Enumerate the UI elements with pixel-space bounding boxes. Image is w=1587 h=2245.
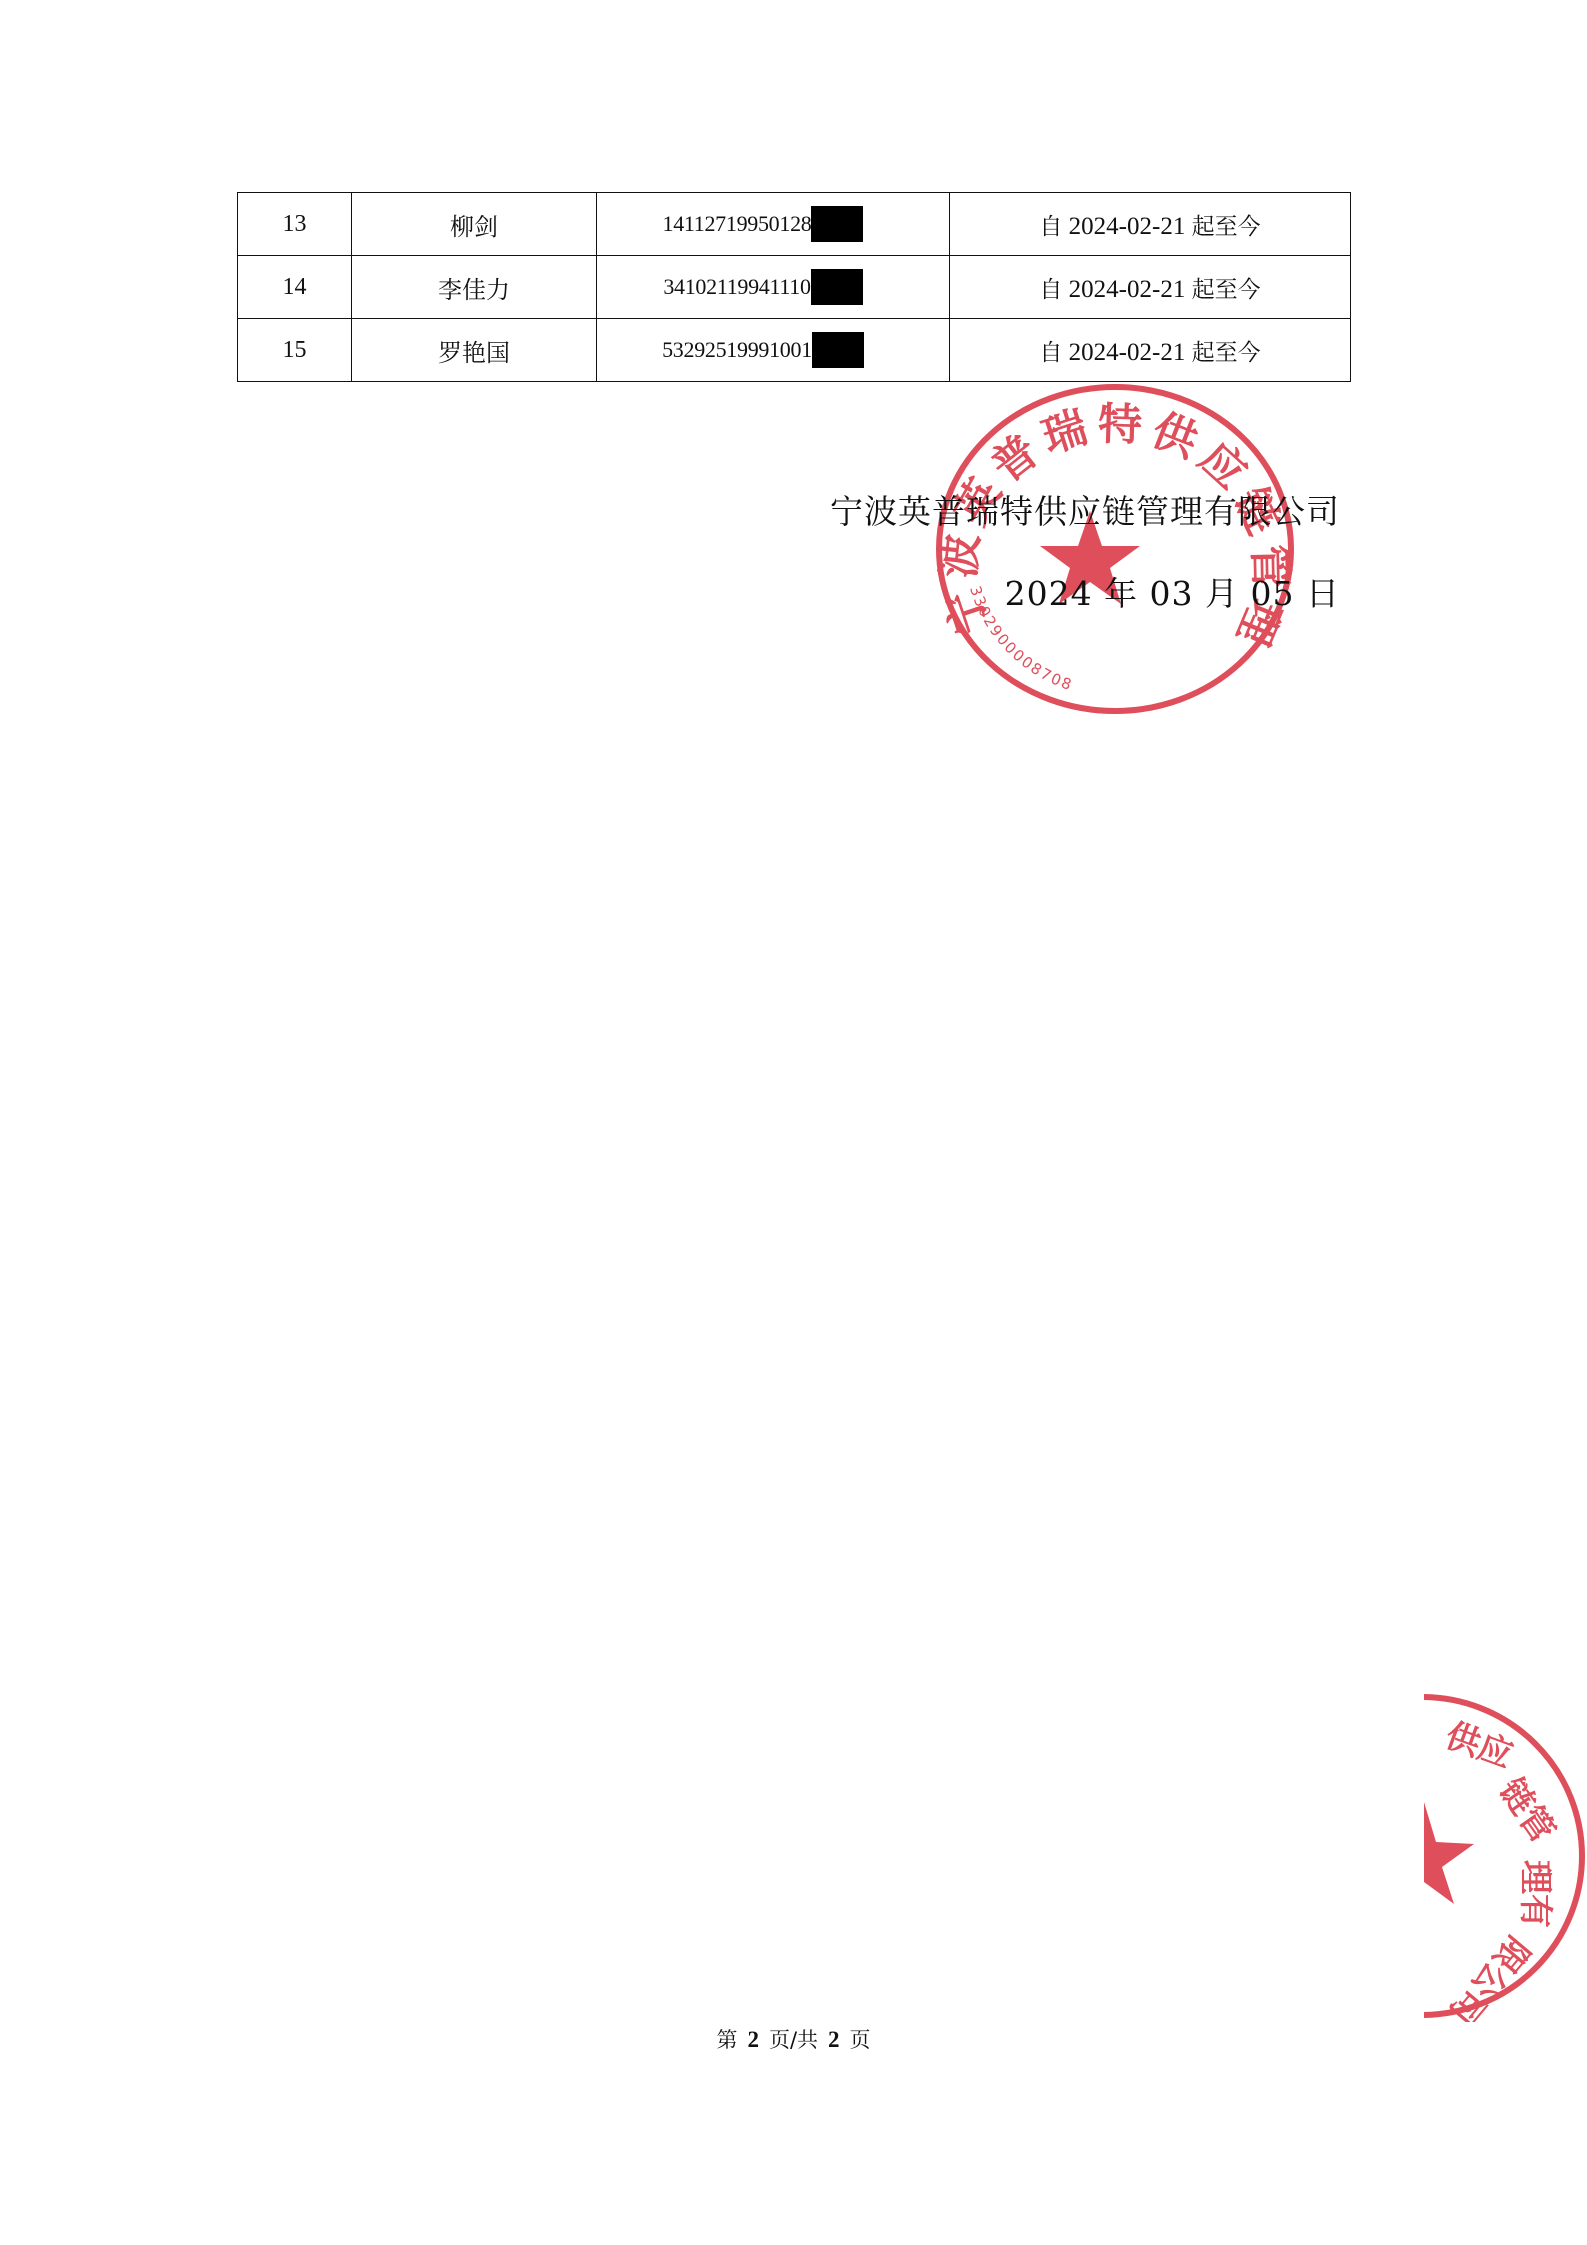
table-row: 14 李佳力 34102119941110 自 2024-02-21 起至今 <box>238 256 1351 319</box>
period-suffix: 起至今 <box>1192 277 1261 303</box>
employee-name: 柳剑 <box>352 193 597 256</box>
row-number: 14 <box>238 256 352 319</box>
svg-text:理有: 理有 <box>1515 1860 1555 1928</box>
period-date: 2024-02-21 <box>1069 213 1186 240</box>
id-number: 53292519991001 <box>662 337 812 363</box>
svg-text:供应: 供应 <box>1440 1715 1518 1776</box>
period-suffix: 起至今 <box>1192 340 1261 366</box>
table-row: 13 柳剑 14112719950128 自 2024-02-21 起至今 <box>238 193 1351 256</box>
id-number-cell: 14112719950128 <box>597 193 950 256</box>
current-page-number: 2 <box>747 2027 759 2052</box>
total-pages-number: 2 <box>828 2027 840 2052</box>
svg-text:限公司: 限公司 <box>1441 1928 1537 2022</box>
redaction-box <box>812 332 864 368</box>
row-number: 15 <box>238 319 352 382</box>
redaction-box <box>811 269 863 305</box>
employee-name: 罗艳国 <box>352 319 597 382</box>
footer-suffix: 页 <box>850 2028 871 2052</box>
period-suffix: 起至今 <box>1192 214 1261 240</box>
page-footer: 第2页/共2页 <box>0 2024 1587 2054</box>
footer-prefix: 第 <box>716 2028 737 2052</box>
id-number: 34102119941110 <box>663 274 810 300</box>
id-number-cell: 53292519991001 <box>597 319 950 382</box>
table-row: 15 罗艳国 53292519991001 自 2024-02-21 起至今 <box>238 319 1351 382</box>
staff-table-body: 13 柳剑 14112719950128 自 2024-02-21 起至今 14… <box>238 193 1351 382</box>
employment-period: 自 2024-02-21 起至今 <box>950 193 1351 256</box>
period-prefix: 自 <box>1039 214 1062 240</box>
redaction-box <box>811 206 863 242</box>
staff-table: 13 柳剑 14112719950128 自 2024-02-21 起至今 14… <box>237 192 1351 382</box>
signature-date: 2024 年 03 月 05 日 <box>1005 568 1340 615</box>
employee-name: 李佳力 <box>352 256 597 319</box>
employment-period: 自 2024-02-21 起至今 <box>950 256 1351 319</box>
document-page: 13 柳剑 14112719950128 自 2024-02-21 起至今 14… <box>0 0 1587 2245</box>
period-date: 2024-02-21 <box>1069 339 1186 366</box>
riding-seam-stamp: 供应 链管 理有 限公司 <box>1424 1692 1587 2022</box>
id-number: 14112719950128 <box>663 211 812 237</box>
employment-period: 自 2024-02-21 起至今 <box>950 319 1351 382</box>
period-prefix: 自 <box>1039 340 1062 366</box>
star-icon <box>1424 1802 1474 1904</box>
row-number: 13 <box>238 193 352 256</box>
footer-middle: 页/共 <box>769 2028 818 2052</box>
svg-text:链管: 链管 <box>1491 1771 1563 1850</box>
signature-company: 宁波英普瑞特供应链管理有限公司 <box>830 486 1340 533</box>
id-number-cell: 34102119941110 <box>597 256 950 319</box>
period-date: 2024-02-21 <box>1069 276 1186 303</box>
period-prefix: 自 <box>1039 277 1062 303</box>
company-seal-stamp: 宁波英普瑞特供应链管理有限公司 3302900008708 <box>930 378 1300 723</box>
